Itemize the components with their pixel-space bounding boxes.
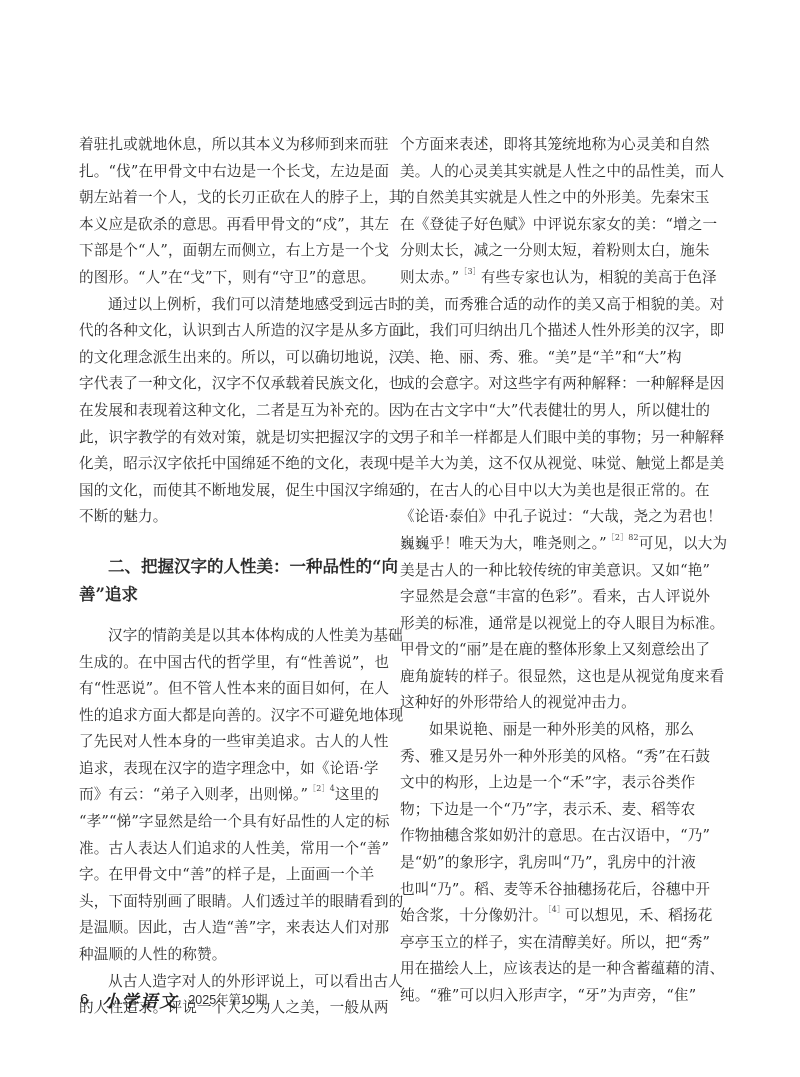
text-line-with-citation: 巍巍乎！唯天为大，唯尧则之。”［2］82可见，以大为 — [400, 531, 748, 558]
section-heading: 二、把握汉字的人性美：一种品性的“向 善”追求 — [79, 553, 397, 609]
spacer — [79, 531, 397, 553]
text-line: 用在描绘人上，应该表达的是一种含蓄蕴藉的清、 — [400, 956, 748, 983]
text-line: 男子和羊一样都是人们眼中美的事物；另一种解释 — [400, 425, 748, 452]
text-line: 在发展和表现着这种文化，二者是互为补充的。因 — [79, 398, 397, 425]
text-line: 头，下面特别画了眼睛。人们透过羊的眼睛看到的 — [79, 889, 397, 916]
text-line: 物；下边是一个“乃”字，表示禾、麦、稻等农 — [400, 797, 748, 824]
text-line: 秀、雅又是另外一种外形美的风格。“秀”在石鼓 — [400, 744, 748, 771]
text: 可见，以大为 — [639, 535, 727, 552]
text-line: 着驻扎或就地休息，所以其本义为移师到来而驻 — [79, 132, 397, 159]
text-line: 鹿角旋转的样子。很显然，这也是从视觉角度来看 — [400, 664, 748, 691]
spacer — [79, 609, 397, 623]
text-line: 了先民对人性本身的一些审美追求。古人的人性 — [79, 729, 397, 756]
left-column: 着驻扎或就地休息，所以其本义为移师到来而驻 扎。“伐”在甲骨文中右边是一个长戈，… — [79, 132, 397, 1022]
paragraph: 汉字的情韵美是以其本体构成的人性美为基础 生成的。在中国古代的哲学里，有“性善说… — [79, 623, 397, 969]
text-line: 《论语·泰伯》中孔子说过：“大哉，尧之为君也！ — [400, 504, 748, 531]
text-line: 形美的标准，通常是以视觉上的夺人眼目为标准。 — [400, 611, 748, 638]
text-line: 个方面来表述，即将其笼统地称为心灵美和自然 — [400, 132, 748, 159]
text-line: 分则太长，减之一分则太短，着粉则太白，施朱 — [400, 238, 748, 265]
text-line: 纯。“雅”可以归入形声字，“牙”为声旁，“隹” — [400, 983, 748, 1010]
text-line: 追求，表现在汉字的造字理念中，如《论语·学 — [79, 756, 397, 783]
heading-line: 善”追求 — [79, 581, 397, 609]
text-line: 的图形。“人”在“戈”下，则有“守卫”的意思。 — [79, 265, 397, 292]
citation-ref: ［3］ — [459, 267, 481, 276]
text-line: 的文化理念派生出来的。所以，可以确切地说，汉 — [79, 345, 397, 372]
text-line: 字代表了一种文化，汉字不仅承载着民族文化，也 — [79, 371, 397, 398]
text-line: 这种好的外形带给人的视觉冲击力。 — [400, 690, 748, 717]
text-line: 美。人的心灵美其实就是人性之中的品性美，而人 — [400, 159, 748, 186]
text-line: “孝”“悌”字显然是给一个具有好品性的人定的标 — [79, 809, 397, 836]
text-line: 美、艳、丽、秀、雅。“美”是“羊”和“大”构 — [400, 345, 748, 372]
citation-ref: ［2］4 — [308, 784, 335, 793]
text-line: 有“性恶说”。但不管人性本来的面目如何，在人 — [79, 676, 397, 703]
paragraph: 如果说艳、丽是一种外形美的风格，那么 秀、雅又是另外一种外形美的风格。“秀”在石… — [400, 717, 748, 1010]
text-line: 下部是个“人”，面朝左而侧立，右上方是一个戈 — [79, 238, 397, 265]
text-line: 是羊大为美，这不仅从视觉、味觉、触觉上都是美 — [400, 451, 748, 478]
paragraph: 通过以上例析，我们可以清楚地感受到远古时 代的各种文化，认识到古人所造的汉字是从… — [79, 292, 397, 531]
text-line: 本义应是砍杀的意思。再看甲骨文的“戍”，其左 — [79, 212, 397, 239]
text: 则太赤。” — [400, 269, 459, 286]
page-number: 6 — [80, 991, 88, 1008]
page-footer: 6 小学语文 2025年第10期 — [80, 988, 268, 1010]
text-line: 此，我们可归纳出几个描述人性外形美的汉字，即 — [400, 318, 748, 345]
text-line: 如果说艳、丽是一种外形美的风格，那么 — [400, 717, 748, 744]
text-line: 国的文化，而使其不断地发展，促生中国汉字绵延 — [79, 478, 397, 505]
paragraph: 着驻扎或就地休息，所以其本义为移师到来而驻 扎。“伐”在甲骨文中右边是一个长戈，… — [79, 132, 397, 292]
text-line: 是温顺。因此，古人造“善”字，来表达人们对那 — [79, 915, 397, 942]
journal-logo: 小学语文 — [102, 987, 178, 1012]
text-line: 化美，昭示汉字依托中国绵延不绝的文化，表现中 — [79, 451, 397, 478]
text-line: 文中的构形，上边是一个“禾”字，表示谷类作 — [400, 770, 748, 797]
text-line-with-citation: 始含浆，十分像奶汁。［4］可以想见，禾、稻扬花 — [400, 903, 748, 930]
text-line: 在《登徒子好色赋》中评说东家女的美：“增之一 — [400, 212, 748, 239]
text-line: 不断的魅力。 — [79, 504, 397, 531]
text-line: 为在古文字中“大”代表健壮的男人，所以健壮的 — [400, 398, 748, 425]
text-line: 亭亭玉立的样子，实在清醇美好。所以，把“秀” — [400, 930, 748, 957]
text-line: 代的各种文化，认识到古人所造的汉字是从多方面 — [79, 318, 397, 345]
text-line-with-citation: 则太赤。”［3］有些专家也认为，相貌的美高于色泽 — [400, 265, 748, 292]
text-line: 的，在古人的心目中以大为美也是很正常的。在 — [400, 478, 748, 505]
citation-ref: ［2］82 — [607, 533, 639, 542]
text: 巍巍乎！唯天为大，唯尧则之。” — [400, 535, 607, 552]
issue-label: 2025年第10期 — [188, 990, 267, 1008]
text-line: 美是古人的一种比较传统的审美意识。又如“艳” — [400, 558, 748, 585]
text-line: 朝左站着一个人，戈的长刃正砍在人的脖子上，其 — [79, 185, 397, 212]
heading-line: 二、把握汉字的人性美：一种品性的“向 — [79, 553, 397, 581]
text-line: 汉字的情韵美是以其本体构成的人性美为基础 — [79, 623, 397, 650]
text: 这里的 — [335, 786, 379, 803]
right-column: 个方面来表述，即将其笼统地称为心灵美和自然 美。人的心灵美其实就是人性之中的品性… — [400, 132, 748, 1010]
text-line-with-citation: 而》有云：“弟子入则孝，出则悌。”［2］4这里的 — [79, 782, 397, 809]
text-line: 性的追求方面大都是向善的。汉字不可避免地体现 — [79, 703, 397, 730]
text-line: 是“奶”的象形字，乳房叫“乃”，乳房中的汁液 — [400, 850, 748, 877]
paragraph: 个方面来表述，即将其笼统地称为心灵美和自然 美。人的心灵美其实就是人性之中的品性… — [400, 132, 748, 717]
text-line: 准。古人表达人们追求的人性美，常用一个“善” — [79, 836, 397, 863]
text-line: 作物抽穗含浆如奶汁的意思。在古汉语中，“乃” — [400, 823, 748, 850]
text-line: 种温顺的人性的称赞。 — [79, 942, 397, 969]
citation-ref: ［4］ — [547, 905, 565, 914]
text-line: 成的会意字。对这些字有两种解释：一种解释是因 — [400, 371, 748, 398]
text: 可以想见，禾、稻扬花 — [565, 907, 712, 924]
text-line: 扎。“伐”在甲骨文中右边是一个长戈，左边是面 — [79, 159, 397, 186]
text-line: 此，识字教学的有效对策，就是切实把握汉字的文 — [79, 425, 397, 452]
text-line: 生成的。在中国古代的哲学里，有“性善说”，也 — [79, 650, 397, 677]
text-line: 通过以上例析，我们可以清楚地感受到远古时 — [79, 292, 397, 319]
text: 始含浆，十分像奶汁。 — [400, 907, 547, 924]
text-line: 也叫“乃”。稻、麦等禾谷抽穗扬花后，谷穗中开 — [400, 877, 748, 904]
text: 而》有云：“弟子入则孝，出则悌。” — [79, 786, 308, 803]
text-line: 的自然美其实就是人性之中的外形美。先秦宋玉 — [400, 185, 748, 212]
text-line: 甲骨文的“丽”是在鹿的整体形象上又刻意绘出了 — [400, 637, 748, 664]
text-line: 字显然是会意“丰富的色彩”。看来，古人评说外 — [400, 584, 748, 611]
text: 有些专家也认为，相貌的美高于色泽 — [481, 269, 717, 286]
text-line: 字。在甲骨文中“善”的样子是，上面画一个羊 — [79, 862, 397, 889]
text-line: 的美，而秀雅合适的动作的美又高于相貌的美。对 — [400, 292, 748, 319]
